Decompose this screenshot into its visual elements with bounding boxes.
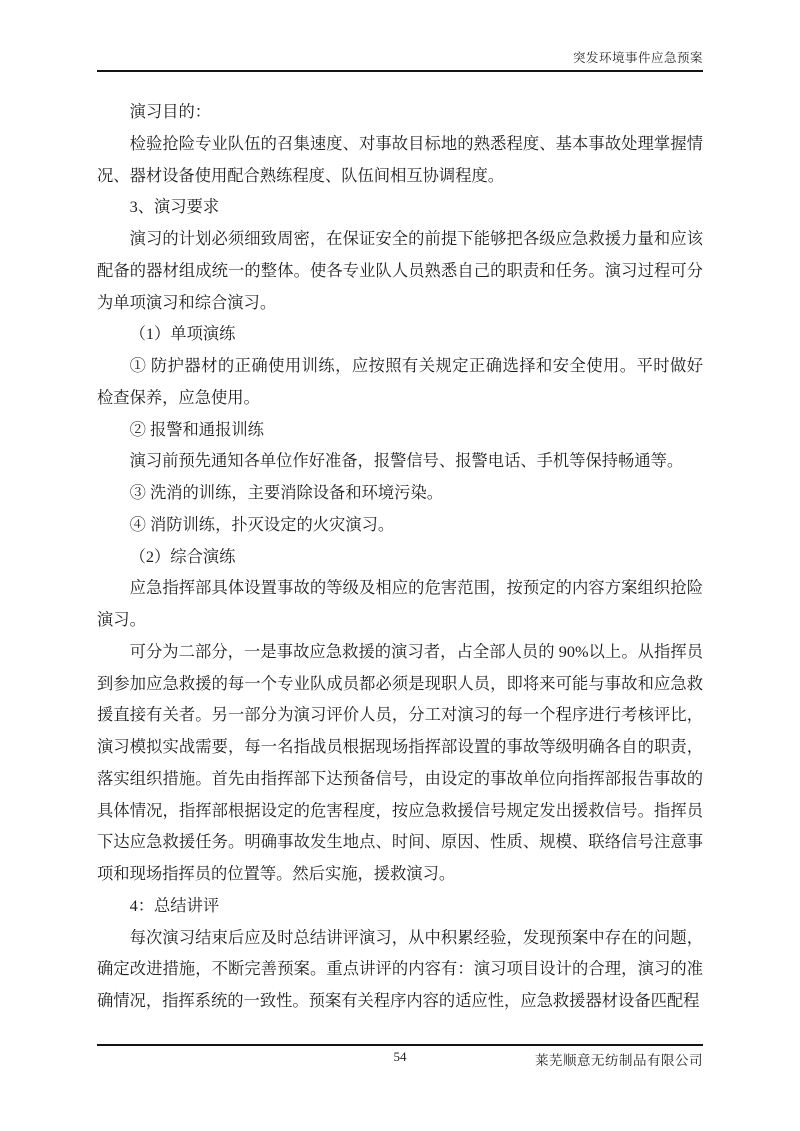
page-footer: 54 莱芜顺意无纺制品有限公司 (97, 1044, 703, 1070)
heading-individual-drill: （1）单项演练 (97, 318, 703, 350)
paragraph-drill-two-parts: 可分为二部分，一是事故应急救援的演习者，占全部人员的 90%以上。从指挥员到参加… (97, 636, 703, 890)
page-body: 演习目的： 检验抢险专业队伍的召集速度、对事故目标地的熟悉程度、基本事故处理掌握… (97, 96, 703, 1017)
list-item-protective-equipment: ① 防护器材的正确使用训练，应按照有关规定正确选择和安全使用。平时做好检查保养，… (97, 350, 703, 414)
paragraph-drill-purpose-label: 演习目的： (97, 96, 703, 128)
heading-drill-requirements: 3、演习要求 (97, 191, 703, 223)
header-title: 突发环境事件应急预案 (97, 50, 703, 66)
paragraph-command-setup: 应急指挥部具体设置事故的等级及相应的危害范围，按预定的内容方案组织抢险演习。 (97, 572, 703, 636)
paragraph-alarm-notice: 演习前预先通知各单位作好准备，报警信号、报警电话、手机等保持畅通等。 (97, 445, 703, 477)
heading-summary-review: 4：总结讲评 (97, 890, 703, 922)
list-item-decontamination: ③ 洗消的训练，主要消除设备和环境污染。 (97, 477, 703, 509)
paragraph-summary-review: 每次演习结束后应及时总结讲评演习，从中积累经验，发现预案中存在的问题，确定改进措… (97, 922, 703, 1017)
list-item-fire-training: ④ 消防训练，扑灭设定的火灾演习。 (97, 509, 703, 541)
paragraph-drill-plan: 演习的计划必须细致周密，在保证安全的前提下能够把各级应急救援力量和应该配备的器材… (97, 223, 703, 318)
paragraph-drill-purpose-content: 检验抢险专业队伍的召集速度、对事故目标地的熟悉程度、基本事故处理掌握情况、器材设… (97, 128, 703, 192)
document-page: 突发环境事件应急预案 演习目的： 检验抢险专业队伍的召集速度、对事故目标地的熟悉… (0, 0, 800, 1131)
company-name: 莱芜顺意无纺制品有限公司 (535, 1049, 703, 1069)
heading-comprehensive-drill: （2）综合演练 (97, 541, 703, 573)
list-item-alarm-training: ② 报警和通报训练 (97, 414, 703, 446)
page-header: 突发环境事件应急预案 (97, 50, 703, 72)
